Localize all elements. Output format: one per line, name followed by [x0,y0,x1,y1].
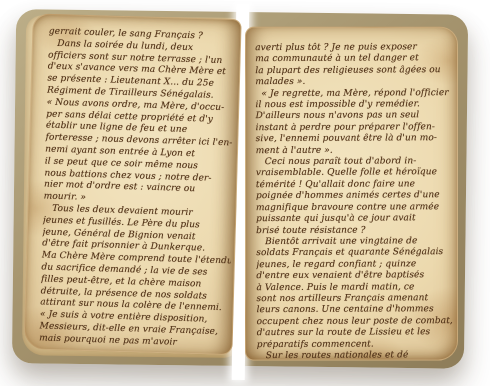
handwritten-line: Sur les routes nationales et dé [257,350,454,361]
handwritten-line: soldats Français et quarante Sénégalais [256,247,453,259]
handwritten-line: d'entre eux venaient d'être baptisés [256,270,453,282]
handwritten-line: la plupart des religieuses sont âgées ou [255,65,452,77]
photo-background: gerrait couler, le sang Français ? Dans … [0,0,490,386]
handwritten-line: sive, l'ennemi pouvant être là d'un mo- [256,133,453,145]
handwritten-line: poignée d'hommes animés certes d'une [256,190,453,202]
handwritten-line: « Je regrette, ma Mère, répond l'officie… [255,88,452,100]
handwritten-line: leurs canons. Une centaine d'hommes [257,304,454,316]
right-page: averti plus tôt ? Je ne puis exposerma c… [245,27,458,361]
right-page-handwriting: averti plus tôt ? Je ne puis exposerma c… [255,42,454,361]
handwritten-line: magnifique bravoure contre une armée [256,202,453,214]
left-page-handwriting: gerrait couler, le sang Français ? Dans … [39,27,238,351]
open-notebook: gerrait couler, le sang Français ? Dans … [0,0,490,386]
left-page: gerrait couler, le sang Français ? Dans … [23,13,241,355]
handwritten-line: vraisemblable. Quelle folle et héroïque [256,168,453,180]
handwritten-line: d'autres sur la route de Lissieu et les [257,327,454,339]
